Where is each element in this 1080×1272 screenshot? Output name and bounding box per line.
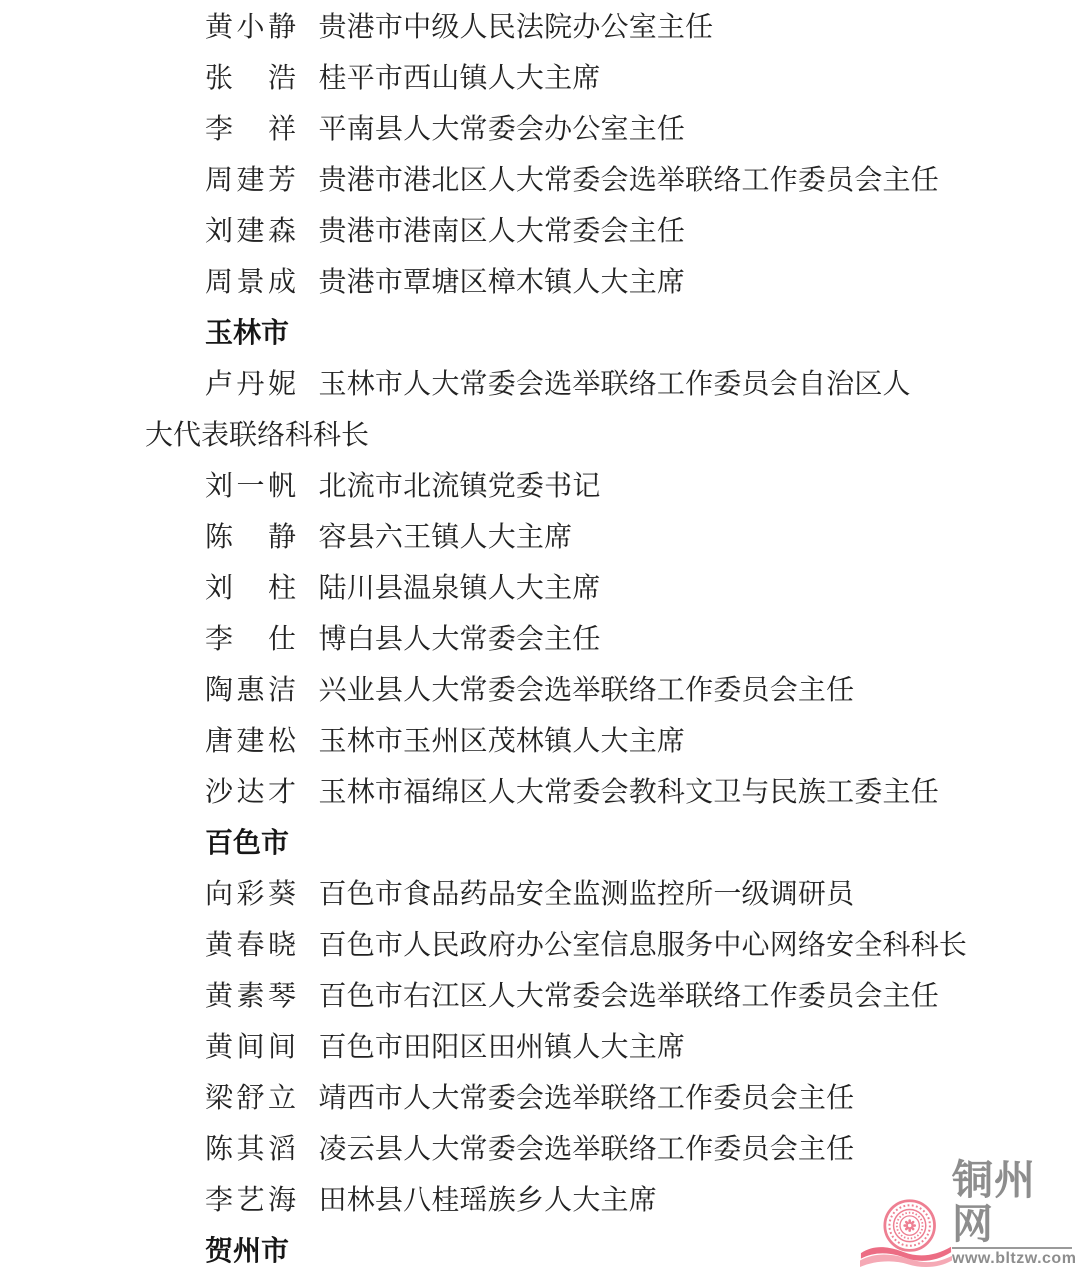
roster-entry-row: 周建芳贵港市港北区人大常委会选举联络工作委员会主任 [145, 155, 975, 206]
entry-name: 周建芳 [205, 165, 300, 196]
entry-name: 卢丹妮 [205, 369, 300, 400]
roster-entry-row: 向彩葵百色市食品药品安全监测监控所一级调研员 [145, 869, 975, 920]
entry-name: 李 祥 [205, 114, 300, 145]
roster-entry-row: 陈其滔凌云县人大常委会选举联络工作委员会主任 [145, 1124, 975, 1175]
entry-position: 百色市人民政府办公室信息服务中心网络安全科科长 [319, 930, 968, 961]
roster-entry-row: 李 仕博白县人大常委会主任 [145, 614, 975, 665]
entry-name: 周景成 [205, 267, 300, 298]
entry-name: 陶惠洁 [205, 675, 300, 706]
entry-position: 贵港市覃塘区樟木镇人大主席 [319, 267, 686, 298]
entry-position: 平南县人大常委会办公室主任 [319, 114, 686, 145]
entry-name: 陈 静 [205, 522, 300, 553]
roster-entry-row: 李艺海田林县八桂瑶族乡人大主席 [145, 1175, 975, 1226]
entry-position: 贵港市中级人民法院办公室主任 [319, 12, 714, 43]
roster-entry-row: 唐建松玉林市玉州区茂林镇人大主席 [145, 716, 975, 767]
watermark-site-url: www.bltzw.com [952, 1250, 1076, 1268]
entry-position: 博白县人大常委会主任 [319, 624, 601, 655]
watermark-site-name: 铜州网 [952, 1158, 1076, 1246]
roster-entry-row: 刘 柱陆川县温泉镇人大主席 [145, 563, 975, 614]
entry-name: 黄素琴 [205, 981, 300, 1012]
entry-position: 靖西市人大常委会选举联络工作委员会主任 [319, 1083, 855, 1114]
roster-entry-row: 卢丹妮玉林市人大常委会选举联络工作委员会自治区人 [145, 359, 975, 410]
entry-position: 凌云县人大常委会选举联络工作委员会主任 [319, 1134, 855, 1165]
entry-position: 容县六王镇人大主席 [319, 522, 573, 553]
section-heading: 贺州市 [145, 1226, 975, 1272]
entry-position: 百色市右江区人大常委会选举联络工作委员会主任 [319, 981, 939, 1012]
entry-position: 贵港市港南区人大常委会主任 [319, 216, 686, 247]
entry-position: 玉林市玉州区茂林镇人大主席 [319, 726, 686, 757]
entry-name: 沙达才 [205, 777, 300, 808]
roster-entry-row: 黄间间百色市田阳区田州镇人大主席 [145, 1022, 975, 1073]
entry-name: 陈其滔 [205, 1134, 300, 1165]
roster-entry-row: 黄春晓百色市人民政府办公室信息服务中心网络安全科科长 [145, 920, 975, 971]
roster-entry-row: 刘一帆北流市北流镇党委书记 [145, 461, 975, 512]
roster-entry-row: 张 浩桂平市西山镇人大主席 [145, 53, 975, 104]
roster-entry-row: 刘建森贵港市港南区人大常委会主任 [145, 206, 975, 257]
site-watermark: 铜州网 www.bltzw.com [860, 1192, 1072, 1270]
entry-name: 黄小静 [205, 12, 300, 43]
watermark-text-block: 铜州网 www.bltzw.com [952, 1158, 1076, 1270]
roster-entry-row: 周景成贵港市覃塘区樟木镇人大主席 [145, 257, 975, 308]
entry-name: 黄春晓 [205, 930, 300, 961]
entry-position: 百色市食品药品安全监测监控所一级调研员 [319, 879, 855, 910]
entry-name: 李艺海 [205, 1185, 300, 1216]
entry-position: 陆川县温泉镇人大主席 [319, 573, 601, 604]
roster-document: 黄小静贵港市中级人民法院办公室主任张 浩桂平市西山镇人大主席李 祥平南县人大常委… [145, 2, 975, 1272]
entry-position: 桂平市西山镇人大主席 [319, 63, 601, 94]
entry-name: 刘一帆 [205, 471, 300, 502]
entry-position: 百色市田阳区田州镇人大主席 [319, 1032, 686, 1063]
entry-name: 唐建松 [205, 726, 300, 757]
entry-position: 北流市北流镇党委书记 [319, 471, 601, 502]
roster-entry-row: 沙达才玉林市福绵区人大常委会教科文卫与民族工委主任 [145, 767, 975, 818]
roster-entry-row: 陶惠洁兴业县人大常委会选举联络工作委员会主任 [145, 665, 975, 716]
roster-entry-row: 李 祥平南县人大常委会办公室主任 [145, 104, 975, 155]
entry-name: 黄间间 [205, 1032, 300, 1063]
entry-position: 玉林市人大常委会选举联络工作委员会自治区人 [319, 369, 911, 400]
entry-position: 田林县八桂瑶族乡人大主席 [319, 1185, 657, 1216]
tongzhou-seal-logo-icon [860, 1194, 952, 1270]
roster-entry-row: 黄素琴百色市右江区人大常委会选举联络工作委员会主任 [145, 971, 975, 1022]
entry-name: 李 仕 [205, 624, 300, 655]
entry-position: 玉林市福绵区人大常委会教科文卫与民族工委主任 [319, 777, 939, 808]
entry-name: 刘建森 [205, 216, 300, 247]
watermark-divider [952, 1247, 1072, 1249]
entry-name: 刘 柱 [205, 573, 300, 604]
entry-name: 张 浩 [205, 63, 300, 94]
entry-position: 兴业县人大常委会选举联络工作委员会主任 [319, 675, 855, 706]
entry-name: 向彩葵 [205, 879, 300, 910]
entry-position-continuation: 大代表联络科科长 [145, 410, 975, 461]
roster-entry-row: 梁舒立靖西市人大常委会选举联络工作委员会主任 [145, 1073, 975, 1124]
entry-name: 梁舒立 [205, 1083, 300, 1114]
entry-position: 贵港市港北区人大常委会选举联络工作委员会主任 [319, 165, 939, 196]
section-heading: 玉林市 [145, 308, 975, 359]
roster-entry-row: 陈 静容县六王镇人大主席 [145, 512, 975, 563]
section-heading: 百色市 [145, 818, 975, 869]
roster-entry-row: 黄小静贵港市中级人民法院办公室主任 [145, 2, 975, 53]
